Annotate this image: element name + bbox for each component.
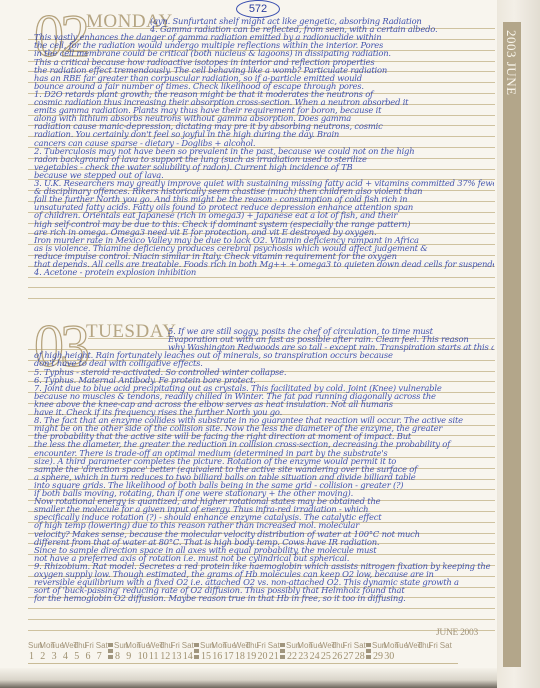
calendar-day[interactable]: 10 xyxy=(138,651,148,662)
calendar-day[interactable]: 14 xyxy=(183,651,193,662)
calendar-day[interactable]: 6 xyxy=(86,651,91,662)
calendar-weekday-label: Fri xyxy=(257,641,266,650)
calendar-day[interactable]: 3 xyxy=(52,651,57,662)
calendar-day[interactable]: 24 xyxy=(310,651,320,662)
calendar-week-separator xyxy=(194,643,199,661)
calendar-day[interactable]: 11 xyxy=(149,651,159,662)
book-bottom-shadow xyxy=(0,668,497,688)
calendar-day[interactable]: 7 xyxy=(97,651,102,662)
calendar-day[interactable]: 17 xyxy=(224,651,234,662)
ruled-line xyxy=(28,287,495,288)
calendar-day[interactable]: 16 xyxy=(212,651,222,662)
calendar-weekday-label: Fri xyxy=(343,641,352,650)
ruled-line xyxy=(28,619,495,620)
calendar-day[interactable]: 9 xyxy=(126,651,131,662)
calendar-day[interactable]: 5 xyxy=(74,651,79,662)
ruled-line xyxy=(28,630,495,631)
calendar-weekday-label: Sat xyxy=(268,641,280,650)
calendar-day[interactable]: 8 xyxy=(115,651,120,662)
calendar-day[interactable]: 30 xyxy=(384,651,394,662)
calendar-day[interactable]: 28 xyxy=(355,651,365,662)
calendar-day[interactable]: 29 xyxy=(373,651,383,662)
ruled-line xyxy=(28,298,495,299)
calendar-weekday-label: Sat xyxy=(440,641,452,650)
calendar-day[interactable]: 22 xyxy=(287,651,297,662)
calendar-day[interactable]: 2 xyxy=(40,651,45,662)
calendar-day[interactable]: 20 xyxy=(258,651,268,662)
calendar-day[interactable]: 12 xyxy=(160,651,170,662)
calendar-week-separator xyxy=(108,643,113,661)
calendar-weekday-label: Sat xyxy=(96,641,108,650)
handwritten-line: for the hemoglobin O2 diffusion. Maybe r… xyxy=(34,593,494,604)
calendar-week-separator xyxy=(280,643,285,661)
calendar-weekday-label: Sat xyxy=(182,641,194,650)
calendar-day[interactable]: 27 xyxy=(344,651,354,662)
calendar-day[interactable]: 21 xyxy=(269,651,279,662)
calendar-day[interactable]: 13 xyxy=(172,651,182,662)
calendar-day[interactable]: 26 xyxy=(332,651,342,662)
calendar-day[interactable]: 15 xyxy=(201,651,211,662)
calendar-day[interactable]: 18 xyxy=(235,651,245,662)
ruled-line xyxy=(28,608,495,609)
calendar-day[interactable]: 1 xyxy=(29,651,34,662)
calendar-day[interactable]: 25 xyxy=(321,651,331,662)
calendar-weekday-label: Fri xyxy=(171,641,180,650)
month-tab-label: 2003 JUNE xyxy=(505,30,519,96)
calendar-day[interactable]: 23 xyxy=(298,651,308,662)
day-name-tuesday: TUESDAY xyxy=(86,321,176,343)
calendar-weekday-label: Sat xyxy=(354,641,366,650)
calendar-weekday-label: Fri xyxy=(85,641,94,650)
calendar-weekday-label: Fri xyxy=(429,641,438,650)
calendar-day[interactable]: 4 xyxy=(63,651,68,662)
mini-calendar: Sun1Mon2Tue3Wed4Thu5Fri6Sat7Sun8Mon9Tue1… xyxy=(28,641,458,664)
month-tab[interactable] xyxy=(503,22,521,667)
calendar-month-year: JUNE 2003 xyxy=(436,628,478,638)
calendar-week-separator xyxy=(366,643,371,661)
handwritten-line: 4. Acetone - protein explosion inhibitio… xyxy=(34,267,494,278)
calendar-day[interactable]: 19 xyxy=(246,651,256,662)
